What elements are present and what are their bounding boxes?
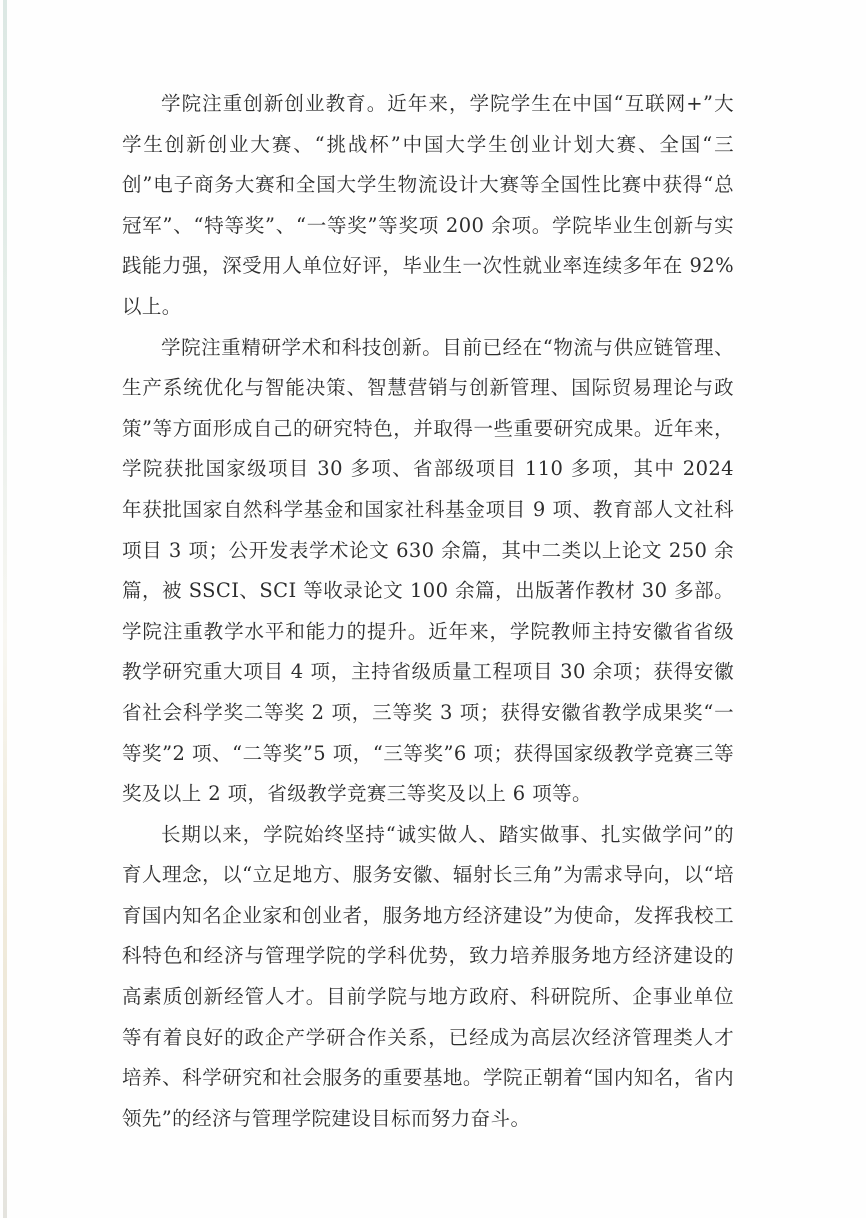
paragraph-mission-vision: 长期以来，学院始终坚持“诚实做人、踏实做事、扎实做学问”的育人理念，以“立足地方…: [122, 815, 734, 1140]
paragraph-innovation-education: 学院注重创新创业教育。近年来，学院学生在中国“互联网+”大学生创新创业大赛、“挑…: [122, 84, 734, 328]
scan-edge-strip: [3, 0, 7, 1218]
paragraph-research-achievements: 学院注重精研学术和科技创新。目前已经在“物流与供应链管理、生产系统优化与智能决策…: [122, 328, 734, 815]
document-text-block: 学院注重创新创业教育。近年来，学院学生在中国“互联网+”大学生创新创业大赛、“挑…: [122, 84, 734, 1139]
document-page: 学院注重创新创业教育。近年来，学院学生在中国“互联网+”大学生创新创业大赛、“挑…: [0, 0, 866, 1218]
